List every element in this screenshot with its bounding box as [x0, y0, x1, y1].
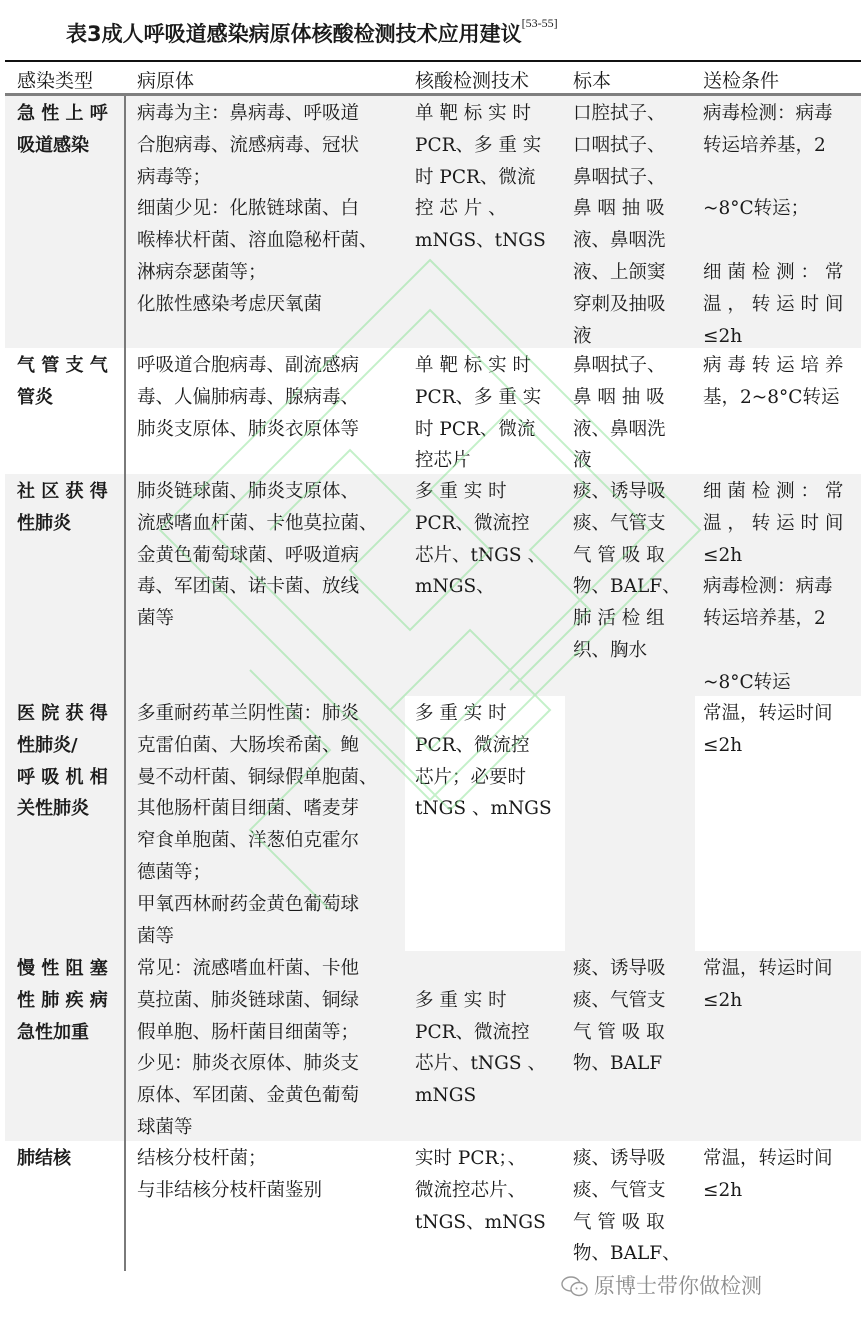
- cell-line: PCR、微流控: [415, 508, 565, 540]
- infection-type-cell: 气 管 支 气管炎: [5, 348, 124, 474]
- cell-line: 痰、气管支: [573, 1175, 695, 1207]
- cell-line: 痰、诱导吸: [573, 953, 695, 985]
- title-text: 表3成人呼吸道感染病原体核酸检测技术应用建议: [66, 22, 522, 46]
- cell-line: 少见：肺炎衣原体、肺炎支: [137, 1048, 405, 1080]
- pathogen-cell: 结核分枝杆菌；与非结核分枝杆菌鉴别: [126, 1141, 405, 1271]
- cell-line: 常温，转运时间: [703, 698, 861, 730]
- cell-line: [703, 225, 861, 257]
- cell-line: mNGS: [415, 1080, 565, 1112]
- pathogen-cell: 病毒为主：鼻病毒、呼吸道合胞病毒、流感病毒、冠状病毒等；细菌少见：化脓链球菌、白…: [126, 96, 405, 348]
- technique-cell: 多 重 实 时PCR、微流控芯片、tNGS 、mNGS、: [405, 474, 565, 696]
- cell-line: 肺 活 检 组: [573, 603, 695, 635]
- cell-line: 液、鼻咽洗: [573, 414, 695, 446]
- cell-line: PCR、多 重 实: [415, 382, 565, 414]
- cell-line: 毒、军团菌、诺卡菌、放线: [137, 571, 405, 603]
- cell-line: 肺结核: [17, 1143, 124, 1175]
- cell-line: 口腔拭子、: [573, 98, 695, 130]
- cell-line: 常见：流感嗜血杆菌、卡他: [137, 953, 405, 985]
- cell-line: 气 管 吸 取: [573, 1207, 695, 1239]
- column-divider: [124, 96, 126, 1271]
- cell-line: 芯片、tNGS 、: [415, 540, 565, 572]
- cell-line: 医 院 获 得: [17, 698, 124, 730]
- cell-line: 曼不动杆菌、铜绿假单胞菌、: [137, 762, 405, 794]
- cell-line: 病毒检测：病毒: [703, 571, 861, 603]
- cell-line: ~8°C转运: [703, 667, 861, 699]
- cell-line: 甲氧西林耐药金黄色葡萄球: [137, 889, 405, 921]
- infection-type-cell: 急 性 上 呼吸道感染: [5, 96, 124, 348]
- cell-line: 穿刺及抽吸: [573, 289, 695, 321]
- cell-line: 菌等: [137, 603, 405, 635]
- cell-line: 温 ， 转 运 时 间: [703, 289, 861, 321]
- cell-line: ≤2h: [703, 540, 861, 572]
- cell-line: tNGS、mNGS: [415, 1207, 565, 1239]
- cell-line: 织、胸水: [573, 635, 695, 667]
- table-row: 气 管 支 气管炎呼吸道合胞病毒、副流感病毒、人偏肺病毒、腺病毒、肺炎支原体、肺…: [5, 348, 861, 474]
- table-row: 急 性 上 呼吸道感染病毒为主：鼻病毒、呼吸道合胞病毒、流感病毒、冠状病毒等；细…: [5, 96, 861, 348]
- cell-line: 合胞病毒、流感病毒、冠状: [137, 130, 405, 162]
- condition-cell: 细 菌 检 测 ： 常温 ， 转 运 时 间≤2h病毒检测：病毒转运培养基，2 …: [695, 474, 861, 696]
- cell-line: 呼吸道合胞病毒、副流感病: [137, 350, 405, 382]
- cell-line: 转运培养基，2: [703, 603, 861, 635]
- cell-line: 细 菌 检 测 ： 常: [703, 476, 861, 508]
- cell-line: 痰、诱导吸: [573, 476, 695, 508]
- cell-line: 转运培养基，2: [703, 130, 861, 162]
- cell-line: 其他肠杆菌目细菌、嗜麦芽: [137, 793, 405, 825]
- condition-cell: 病毒检测：病毒转运培养基，2 ~8°C转运； 细 菌 检 测 ： 常温 ， 转 …: [695, 96, 861, 348]
- cell-line: ≤2h: [703, 730, 861, 762]
- cell-line: 淋病奈瑟菌等；: [137, 257, 405, 289]
- wechat-icon: [560, 1275, 590, 1299]
- cell-line: ≤2h: [703, 985, 861, 1017]
- cell-line: 物、BALF: [573, 1048, 695, 1080]
- pathogen-cell: 肺炎链球菌、肺炎支原体、流感嗜血杆菌、卡他莫拉菌、金黄色葡萄球菌、呼吸道病毒、军…: [126, 474, 405, 696]
- cell-line: 实时 PCR；、: [415, 1143, 565, 1175]
- cell-line: 急性加重: [17, 1017, 124, 1049]
- cell-line: 流感嗜血杆菌、卡他莫拉菌、: [137, 508, 405, 540]
- technique-cell: 单 靶 标 实 时PCR、多 重 实时 PCR、微流控芯片: [405, 348, 565, 474]
- cell-line: 基，2~8°C转运: [703, 382, 861, 414]
- cell-line: PCR、微流控: [415, 730, 565, 762]
- cell-line: 关性肺炎: [17, 793, 124, 825]
- cell-line: mNGS、tNGS: [415, 225, 565, 257]
- cell-line: 化脓性感染考虑厌氧菌: [137, 289, 405, 321]
- cell-line: 时 PCR、微流: [415, 414, 565, 446]
- condition-cell: 常温，转运时间≤2h: [695, 951, 861, 1141]
- cell-line: 物、BALF、: [573, 1238, 695, 1270]
- cell-line: mNGS、: [415, 571, 565, 603]
- cell-line: 急 性 上 呼: [17, 98, 124, 130]
- cell-line: 喉棒状杆菌、溶血隐秘杆菌、: [137, 225, 405, 257]
- cell-line: PCR、微流控: [415, 1017, 565, 1049]
- cell-line: 病毒检测：病毒: [703, 98, 861, 130]
- cell-line: 物、BALF、: [573, 571, 695, 603]
- cell-line: 金黄色葡萄球菌、呼吸道病: [137, 540, 405, 572]
- watermark-text: 原博士带你做检测: [594, 1274, 762, 1298]
- cell-line: 菌等: [137, 921, 405, 953]
- pathogen-cell: 常见：流感嗜血杆菌、卡他莫拉菌、肺炎链球菌、铜绿假单胞、肠杆菌目细菌等；少见：肺…: [126, 951, 405, 1141]
- infection-type-cell: 慢 性 阻 塞性 肺 疾 病急性加重: [5, 951, 124, 1141]
- cell-line: 吸道感染: [17, 130, 124, 162]
- cell-line: 结核分枝杆菌；: [137, 1143, 405, 1175]
- cell-line: 口咽拭子、: [573, 130, 695, 162]
- cell-line: 液、鼻咽洗: [573, 225, 695, 257]
- cell-line: 病毒等；: [137, 162, 405, 194]
- cell-line: 常温，转运时间: [703, 1143, 861, 1175]
- cell-line: 温 ， 转 运 时 间: [703, 508, 861, 540]
- cell-line: 细菌少见：化脓链球菌、白: [137, 193, 405, 225]
- cell-line: ≤2h: [703, 1175, 861, 1207]
- cell-line: 多 重 实 时: [415, 985, 565, 1017]
- table-title: 表3成人呼吸道感染病原体核酸检测技术应用建议[53-55]: [66, 18, 558, 48]
- cell-line: 多重耐药革兰阴性菌：肺炎: [137, 698, 405, 730]
- technique-cell: 实时 PCR；、微流控芯片、tNGS、mNGS: [405, 1141, 565, 1271]
- cell-line: 呼 吸 机 相: [17, 762, 124, 794]
- specimen-cell: 痰、诱导吸痰、气管支气 管 吸 取物、BALF: [565, 951, 695, 1141]
- specimen-cell: [565, 696, 695, 951]
- cell-line: 肺炎支原体、肺炎衣原体等: [137, 414, 405, 446]
- cell-line: 毒、人偏肺病毒、腺病毒、: [137, 382, 405, 414]
- cell-line: 莫拉菌、肺炎链球菌、铜绿: [137, 985, 405, 1017]
- cell-line: 多 重 实 时: [415, 476, 565, 508]
- header-specimen: 标本: [573, 66, 611, 93]
- pathogen-cell: 多重耐药革兰阴性菌：肺炎克雷伯菌、大肠埃希菌、鲍曼不动杆菌、铜绿假单胞菌、其他肠…: [126, 696, 405, 951]
- infection-type-cell: 社 区 获 得性肺炎: [5, 474, 124, 696]
- header-condition: 送检条件: [703, 66, 779, 93]
- cell-line: 鼻咽拭子、: [573, 350, 695, 382]
- header-technique: 核酸检测技术: [415, 66, 529, 93]
- cell-line: 原体、军团菌、金黄色葡萄: [137, 1080, 405, 1112]
- table-row: 医 院 获 得性肺炎/呼 吸 机 相关性肺炎多重耐药革兰阴性菌：肺炎克雷伯菌、大…: [5, 696, 861, 951]
- cell-line: 单 靶 标 实 时: [415, 98, 565, 130]
- cell-line: 德菌等；: [137, 857, 405, 889]
- cell-line: 气 管 吸 取: [573, 1017, 695, 1049]
- header-infection-type: 感染类型: [17, 66, 93, 93]
- condition-cell: 常温，转运时间≤2h: [695, 696, 861, 951]
- cell-line: 痰、气管支: [573, 985, 695, 1017]
- cell-line: 气 管 支 气: [17, 350, 124, 382]
- cell-line: 管炎: [17, 382, 124, 414]
- cell-line: 慢 性 阻 塞: [17, 953, 124, 985]
- cell-line: 性肺炎: [17, 508, 124, 540]
- cell-line: 性 肺 疾 病: [17, 985, 124, 1017]
- cell-line: ~8°C转运；: [703, 193, 861, 225]
- cell-line: 芯片、tNGS 、: [415, 1048, 565, 1080]
- cell-line: 病 毒 转 运 培 养: [703, 350, 861, 382]
- cell-line: [703, 635, 861, 667]
- technique-cell: 多 重 实 时PCR、微流控芯片、tNGS 、mNGS: [405, 951, 565, 1141]
- cell-line: 气 管 吸 取: [573, 540, 695, 572]
- cell-line: 与非结核分枝杆菌鉴别: [137, 1175, 405, 1207]
- watermark: 原博士带你做检测: [560, 1270, 762, 1300]
- cell-line: 窄食单胞菌、洋葱伯克霍尔: [137, 825, 405, 857]
- condition-cell: 病 毒 转 运 培 养基，2~8°C转运: [695, 348, 861, 474]
- table-row: 社 区 获 得性肺炎肺炎链球菌、肺炎支原体、流感嗜血杆菌、卡他莫拉菌、金黄色葡萄…: [5, 474, 861, 696]
- cell-line: 社 区 获 得: [17, 476, 124, 508]
- cell-line: 痰、诱导吸: [573, 1143, 695, 1175]
- cell-line: 鼻 咽 抽 吸: [573, 193, 695, 225]
- specimen-cell: 鼻咽拭子、鼻 咽 抽 吸液、鼻咽洗液: [565, 348, 695, 474]
- title-reference: [53-55]: [522, 16, 558, 30]
- specimen-cell: 痰、诱导吸痰、气管支气 管 吸 取物、BALF、肺 活 检 组织、胸水: [565, 474, 695, 696]
- technique-cell: 单 靶 标 实 时PCR、多 重 实时 PCR、微流控 芯 片 、mNGS、tN…: [405, 96, 565, 348]
- cell-line: 控芯片: [415, 445, 565, 477]
- cell-line: 痰、气管支: [573, 508, 695, 540]
- specimen-cell: 口腔拭子、口咽拭子、鼻咽拭子、鼻 咽 抽 吸液、鼻咽洗液、上颌窦穿刺及抽吸液: [565, 96, 695, 348]
- technique-cell: 多 重 实 时PCR、微流控芯片；必要时tNGS 、mNGS: [405, 696, 565, 951]
- cell-line: 球菌等: [137, 1112, 405, 1144]
- cell-line: [703, 162, 861, 194]
- cell-line: PCR、多 重 实: [415, 130, 565, 162]
- cell-line: tNGS 、mNGS: [415, 793, 565, 825]
- table-row: 慢 性 阻 塞性 肺 疾 病急性加重常见：流感嗜血杆菌、卡他莫拉菌、肺炎链球菌、…: [5, 951, 861, 1141]
- cell-line: 液: [573, 445, 695, 477]
- cell-line: [415, 953, 565, 985]
- cell-line: 细 菌 检 测 ： 常: [703, 257, 861, 289]
- cell-line: 液、上颌窦: [573, 257, 695, 289]
- specimen-cell: 痰、诱导吸痰、气管支气 管 吸 取物、BALF、: [565, 1141, 695, 1271]
- cell-line: 鼻咽拭子、: [573, 162, 695, 194]
- cell-line: 常温，转运时间: [703, 953, 861, 985]
- cell-line: 多 重 实 时: [415, 698, 565, 730]
- cell-line: 鼻 咽 抽 吸: [573, 382, 695, 414]
- cell-line: 芯片；必要时: [415, 762, 565, 794]
- table-header-row: 感染类型 病原体 核酸检测技术 标本 送检条件: [5, 62, 861, 93]
- cell-line: 假单胞、肠杆菌目细菌等；: [137, 1017, 405, 1049]
- cell-line: 克雷伯菌、大肠埃希菌、鲍: [137, 730, 405, 762]
- pathogen-cell: 呼吸道合胞病毒、副流感病毒、人偏肺病毒、腺病毒、肺炎支原体、肺炎衣原体等: [126, 348, 405, 474]
- table-row: 肺结核结核分枝杆菌；与非结核分枝杆菌鉴别实时 PCR；、微流控芯片、tNGS、m…: [5, 1141, 861, 1271]
- cell-line: 肺炎链球菌、肺炎支原体、: [137, 476, 405, 508]
- header-pathogen: 病原体: [137, 66, 194, 93]
- infection-type-cell: 肺结核: [5, 1141, 124, 1271]
- infection-type-cell: 医 院 获 得性肺炎/呼 吸 机 相关性肺炎: [5, 696, 124, 951]
- cell-line: 微流控芯片、: [415, 1175, 565, 1207]
- cell-line: 病毒为主：鼻病毒、呼吸道: [137, 98, 405, 130]
- cell-line: 性肺炎/: [17, 730, 124, 762]
- condition-cell: 常温，转运时间≤2h: [695, 1141, 861, 1271]
- cell-line: 单 靶 标 实 时: [415, 350, 565, 382]
- cell-line: 时 PCR、微流: [415, 162, 565, 194]
- cell-line: 控 芯 片 、: [415, 193, 565, 225]
